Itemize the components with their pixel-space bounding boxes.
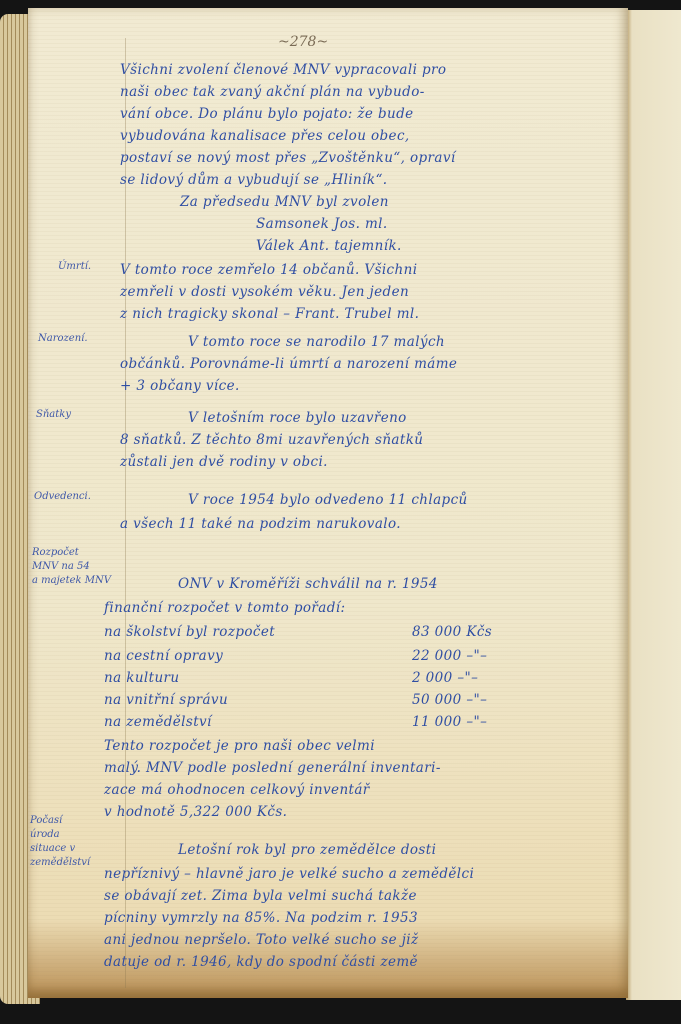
margin-label-deaths: Úmrtí. <box>58 260 91 274</box>
text-line: zace má ohodnocen celkový inventář <box>104 782 370 798</box>
margin-label-marriages: Sňatky <box>36 408 71 422</box>
text-line: V letošním roce bylo uzavřeno <box>188 410 407 426</box>
text-line: a všech 11 také na podzim narukovalo. <box>120 516 401 532</box>
text-line: finanční rozpočet v tomto pořadí: <box>104 600 345 616</box>
text-line: V roce 1954 bylo odvedeno 11 chlapců <box>188 492 468 508</box>
text-line: Za předsedu MNV byl zvolen <box>180 194 389 210</box>
text-line: Všichni zvolení členové MNV vypracovali … <box>120 62 446 78</box>
text-line: Tento rozpočet je pro naši obec velmi <box>104 738 375 754</box>
text-line: zůstali jen dvě rodiny v obci. <box>120 454 328 470</box>
text-line: v hodnotě 5,322 000 Kčs. <box>104 804 287 820</box>
budget-row: na školství byl rozpočet 83 000 Kčs <box>104 624 524 640</box>
budget-amount: 2 000 –"– <box>412 670 478 686</box>
budget-label: na školství byl rozpočet <box>104 624 275 640</box>
margin-label-births: Narození. <box>38 332 88 346</box>
text-line: zemřeli v dosti vysokém věku. Jen jeden <box>120 284 409 300</box>
text-line: naši obec tak zvaný akční plán na vybudo… <box>120 84 425 100</box>
text-line: ani jednou nepršelo. Toto velké sucho se… <box>104 932 419 948</box>
text-line: ONV v Kroměříži schválil na r. 1954 <box>178 576 438 592</box>
budget-label: na cestní opravy <box>104 648 223 664</box>
text-line: malý. MNV podle poslední generální inven… <box>104 760 441 776</box>
text-line: Letošní rok byl pro zemědělce dosti <box>178 842 436 858</box>
text-line: + 3 občany více. <box>120 378 240 394</box>
margin-label-agriculture: Počasí úroda situace v zemědělství <box>30 814 90 870</box>
budget-label: na vnitřní správu <box>104 692 228 708</box>
budget-row: na zemědělství 11 000 –"– <box>104 714 524 730</box>
text-line: se lidový dům a vybudují se „Hliník“. <box>120 172 387 188</box>
next-page-edge <box>626 10 681 1000</box>
budget-amount: 11 000 –"– <box>412 714 487 730</box>
page-number: ~278~ <box>278 34 328 50</box>
budget-row: na kulturu 2 000 –"– <box>104 670 524 686</box>
budget-label: na kulturu <box>104 670 180 686</box>
margin-label-budget: Rozpočet MNV na 54 a majetek MNV <box>32 546 111 588</box>
budget-amount: 22 000 –"– <box>412 648 487 664</box>
text-line: Samsonek Jos. ml. <box>256 216 388 232</box>
margin-label-conscripts: Odvedenci. <box>34 490 91 504</box>
budget-row: na vnitřní správu 50 000 –"– <box>104 692 524 708</box>
text-line: vání obce. Do plánu bylo pojato: že bude <box>120 106 414 122</box>
text-line: se obávají zet. Zima byla velmi suchá ta… <box>104 888 417 904</box>
chronicle-page: ~278~ Všichni zvolení členové MNV vyprac… <box>28 8 628 998</box>
text-line: 8 sňatků. Z těchto 8mi uzavřených sňatků <box>120 432 423 448</box>
budget-label: na zemědělství <box>104 714 212 730</box>
text-line: z nich tragicky skonal – Frant. Trubel m… <box>120 306 419 322</box>
text-line: V tomto roce se narodilo 17 malých <box>188 334 445 350</box>
budget-amount: 50 000 –"– <box>412 692 487 708</box>
text-line: datuje od r. 1946, kdy do spodní části z… <box>104 954 418 970</box>
text-line: Válek Ant. tajemník. <box>256 238 402 254</box>
text-line: občánků. Porovnáme-li úmrtí a narození m… <box>120 356 457 372</box>
text-line: postaví se nový most přes „Zvoštěnku“, o… <box>120 150 456 166</box>
text-line: vybudována kanalisace přes celou obec, <box>120 128 410 144</box>
text-line: nepříznivý – hlavně jaro je velké sucho … <box>104 866 474 882</box>
text-line: pícniny vymrzly na 85%. Na podzim r. 195… <box>104 910 418 926</box>
budget-row: na cestní opravy 22 000 –"– <box>104 648 524 664</box>
text-line: V tomto roce zemřelo 14 občanů. Všichni <box>120 262 417 278</box>
budget-amount: 83 000 Kčs <box>412 624 492 640</box>
